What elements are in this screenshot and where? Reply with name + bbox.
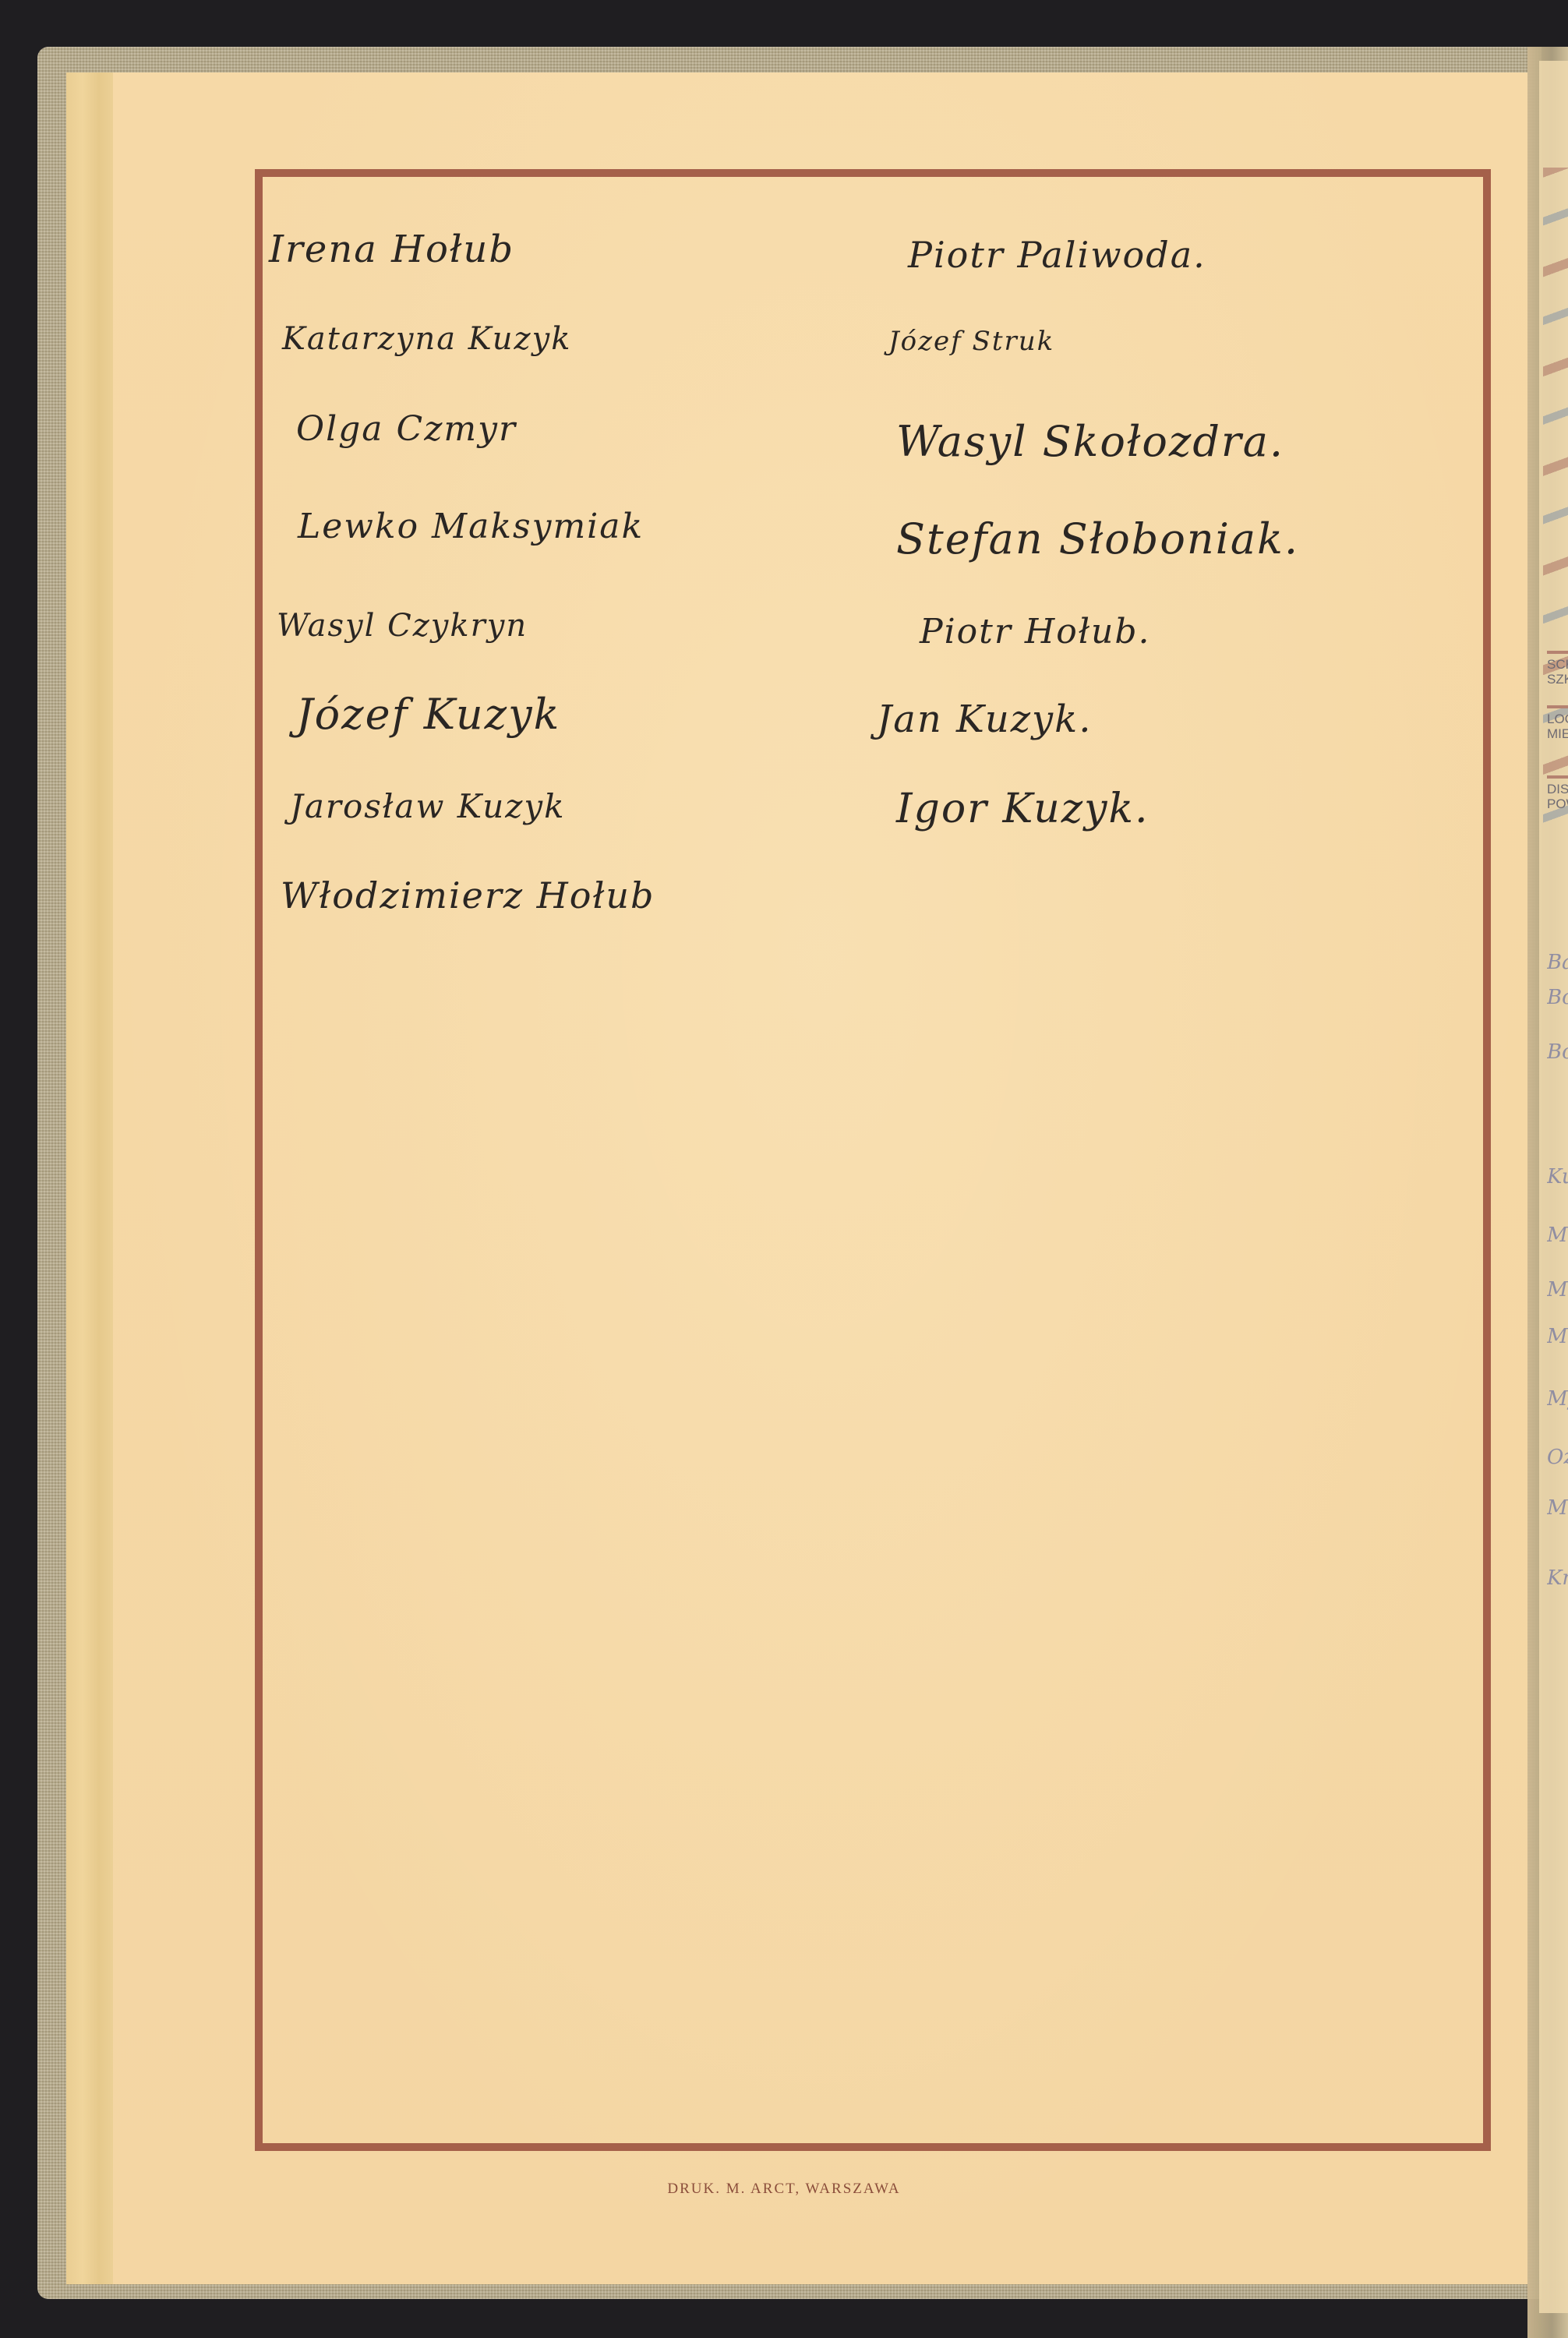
signature-left-3: Olga Czmyr xyxy=(296,409,517,449)
adjacent-handwriting-5: Many xyxy=(1547,1224,1568,1247)
adjacent-label-3: LOCA xyxy=(1547,705,1568,727)
adjacent-handwriting-7: Mara xyxy=(1547,1325,1568,1348)
signature-left-8: Włodzimierz Hołub xyxy=(281,874,655,916)
signature-left-2: Katarzyna Kuzyk xyxy=(282,321,571,357)
adjacent-handwriting-9: Ozyh xyxy=(1547,1446,1568,1469)
signature-left-7: Jarosław Kuzyk xyxy=(290,787,566,825)
signature-left-4: Lewko Maksymiak xyxy=(298,507,644,546)
adjacent-handwriting-2: Boa xyxy=(1547,986,1568,1009)
adjacent-handwriting-6: Majda xyxy=(1547,1278,1568,1301)
signature-left-1: Irena Hołub xyxy=(269,228,514,271)
adjacent-label-2: SZKO xyxy=(1547,672,1568,687)
page-border-frame xyxy=(255,169,1491,2151)
signature-right-6: Jan Kuzyk. xyxy=(877,698,1093,741)
adjacent-handwriting-1: Barp xyxy=(1547,951,1568,974)
signature-left-5: Wasyl Czykryn xyxy=(277,608,528,644)
signature-right-2: Józef Struk xyxy=(888,326,1054,357)
printer-imprint: DRUK. M. ARCT, WARSZAWA xyxy=(0,2181,1568,2198)
adjacent-handwriting-8: Mykon xyxy=(1547,1387,1568,1411)
signature-left-6: Józef Kuzyk xyxy=(296,690,560,739)
signature-right-5: Piotr Hołub. xyxy=(920,612,1151,652)
adjacent-label-4: MIEJS xyxy=(1547,726,1568,742)
adjacent-handwriting-11: Kroo xyxy=(1547,1566,1568,1590)
adjacent-handwriting-4: Kubaj xyxy=(1547,1165,1568,1188)
signature-right-1: Piotr Paliwoda. xyxy=(908,234,1206,276)
adjacent-label-6: POWI xyxy=(1547,796,1568,812)
signature-right-4: Stefan Słoboniak. xyxy=(896,514,1299,563)
signature-right-7: Igor Kuzyk. xyxy=(896,786,1150,832)
adjacent-handwriting-3: Bomb xyxy=(1547,1040,1568,1064)
adjacent-label-1: SCHO xyxy=(1547,651,1568,673)
adjacent-label-5: DISTR xyxy=(1547,775,1568,797)
adjacent-handwriting-10: Moyra xyxy=(1547,1496,1568,1520)
signature-right-3: Wasyl Skołozdra. xyxy=(896,417,1284,466)
